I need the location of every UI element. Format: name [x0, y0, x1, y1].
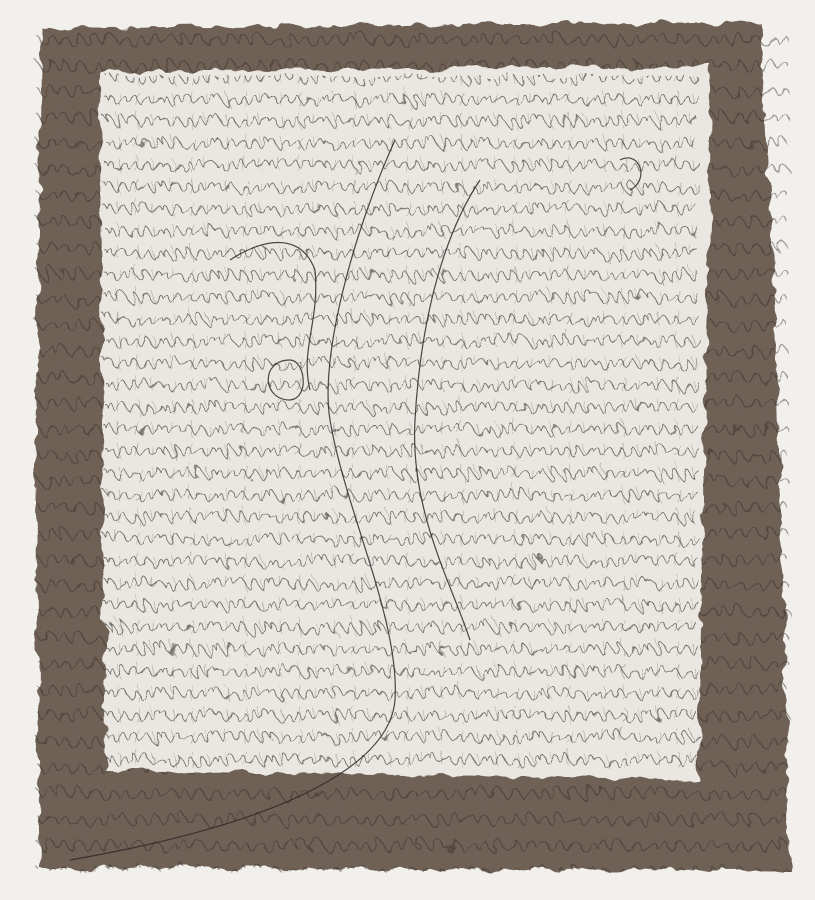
artwork-canvas	[0, 0, 815, 900]
textile-artwork	[0, 0, 815, 900]
